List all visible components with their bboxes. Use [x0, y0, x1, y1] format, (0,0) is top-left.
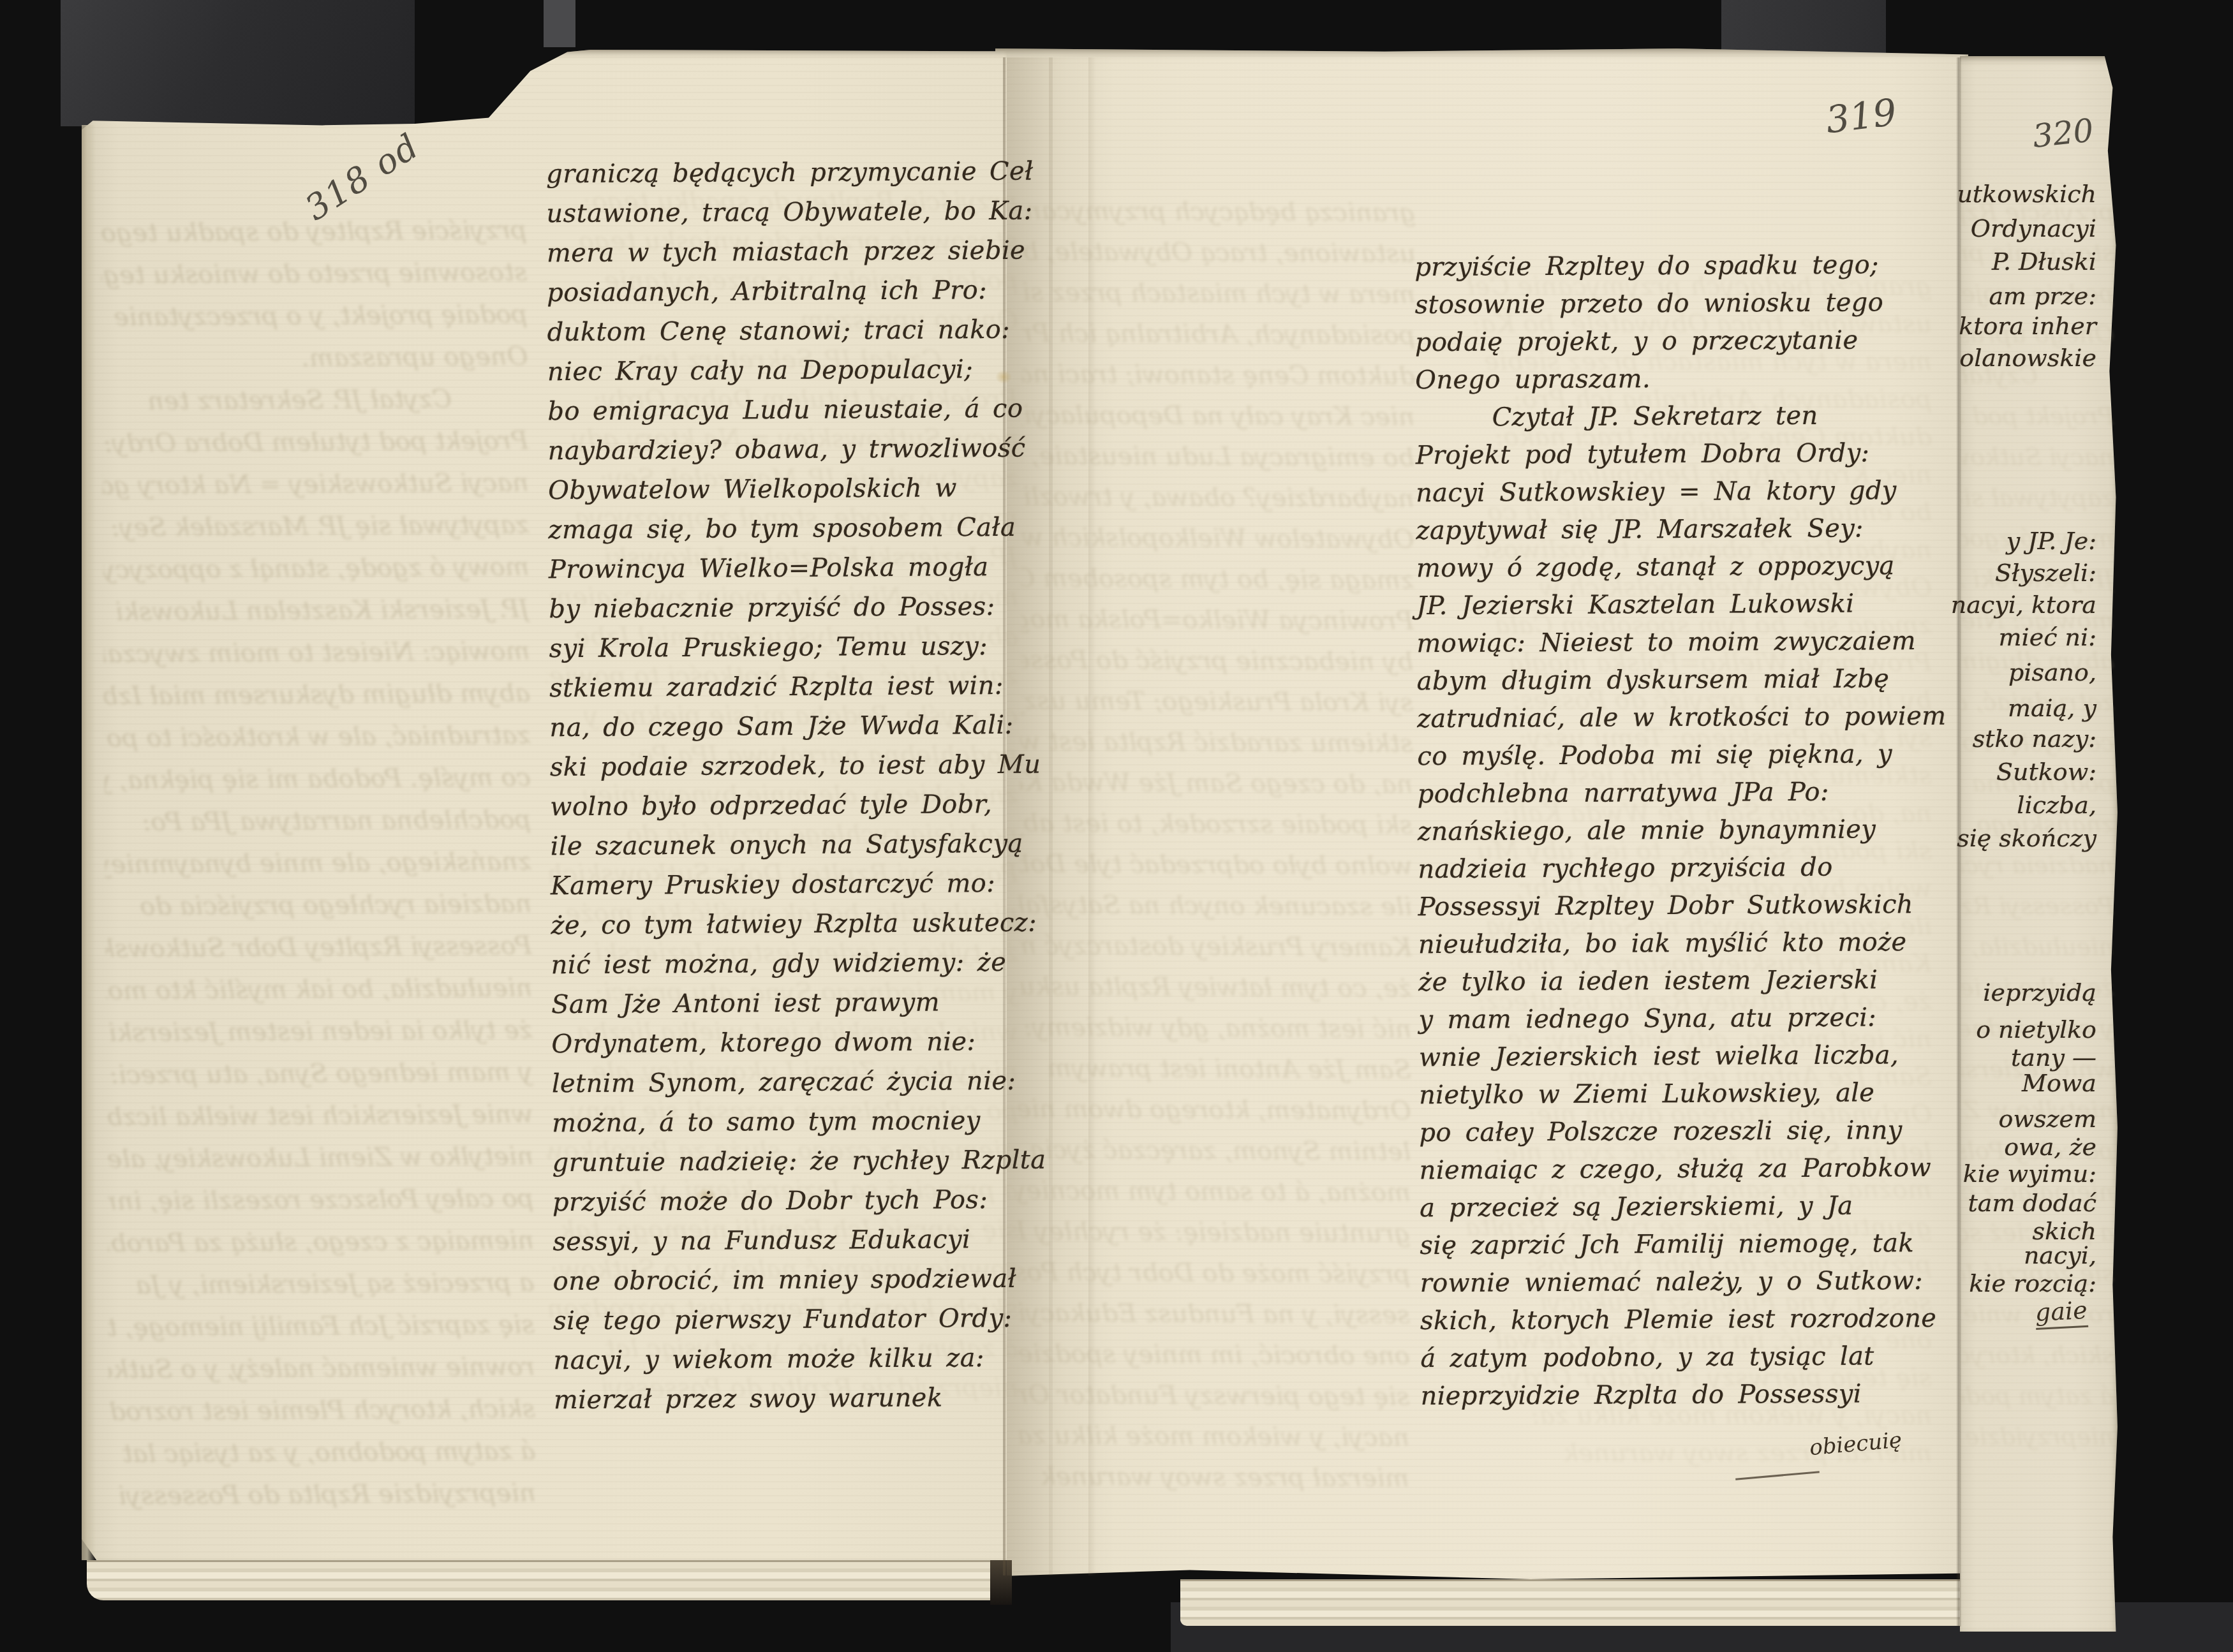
manuscript-line: y JP. Je: — [2007, 527, 2096, 555]
page-stack-bottom-right — [1180, 1579, 1968, 1626]
manuscript-line: ile szacunek onych na Satysfakcyą — [550, 824, 1019, 866]
manuscript-line: gruntuie nadzieię: że rychłey Rzplta — [552, 1140, 1021, 1183]
manuscript-line: że, co tym łatwiey Rzplta uskutecz: — [551, 903, 1020, 945]
gutter-shadow-bottom — [990, 1560, 1012, 1605]
manuscript-line: co myślę. Podoba mi się piękna, y — [1417, 735, 1937, 776]
manuscript-line: o nietylko — [1976, 1015, 2096, 1044]
manuscript-line: się zaprzić Jch Familij niemogę, tak — [1420, 1225, 1940, 1265]
manuscript-line: skich, ktorych Plemie iest rozrodzone — [1420, 1300, 1940, 1340]
manuscript-line: Possessyi Rzpltey Dobr Sutkowskich — [1418, 886, 1938, 926]
manuscript-line: nacyi, y wiekom może kilku za: — [553, 1338, 1022, 1380]
page-stack-bottom-left — [87, 1560, 1003, 1600]
manuscript-line: mowy ó zgodę, stanął z oppozycyą — [1416, 547, 1936, 587]
manuscript-line: Projekt pod tytułem Dobra Ordy: — [1416, 434, 1936, 475]
manuscript-line: zapytywał się JP. Marszałek Sey: — [1416, 510, 1936, 550]
manuscript-line: nacyi, ktora — [1951, 591, 2096, 619]
manuscript-line: przyiście Rzpltey do spadku tego; — [1414, 246, 1934, 286]
manuscript-line: kie wyimu: — [1963, 1160, 2096, 1188]
manuscript-line: graniczą będących przymycanie Ceł — [546, 152, 1015, 194]
manuscript-line: niec Kray cały na Depopulacyi; — [547, 350, 1016, 392]
manuscript-line: nacyi Sutkowskiey = Na ktory gdy — [1416, 472, 1936, 512]
manuscript-line: nić iest można, gdy widziemy: że — [551, 943, 1020, 985]
manuscript-line: y mam iednego Syna, atu przeci: — [1418, 999, 1938, 1039]
page-stack-left-edge — [82, 125, 96, 1560]
manuscript-line: sessyi, y na Fundusz Edukacyi — [553, 1220, 1021, 1262]
manuscript-line: zmaga się, bo tym sposobem Cała — [548, 508, 1017, 550]
manuscript-line: po całey Polszcze rozeszli się, inny — [1419, 1112, 1939, 1152]
folio-number-319: 319 — [1823, 91, 1899, 142]
manuscript-line: Słyszeli: — [1995, 559, 2096, 587]
manuscript-line: wolno było odprzedać tyle Dobr, — [550, 785, 1019, 827]
manuscript-line: zatrudniać, ale w krotkości to powiem — [1417, 698, 1937, 738]
manuscript-line: JP. Jezierski Kasztelan Lukowski — [1416, 585, 1936, 625]
manuscript-line: posiadanych, Arbitralną ich Pro: — [547, 270, 1016, 313]
manuscript-line: nietylko w Ziemi Lukowskiey, ale — [1419, 1074, 1939, 1114]
manuscript-line: kie rozcią: — [1969, 1269, 2096, 1297]
manuscript-line: mieć ni: — [1999, 623, 2096, 651]
manuscript-line: nacyi, — [2024, 1241, 2096, 1269]
manuscript-line: ustawione, tracą Obywatele, bo Ka: — [546, 191, 1015, 233]
catchword-320: gaie — [2035, 1296, 2088, 1330]
manuscript-line: wnie Jezierskich iest wielka liczba, — [1419, 1036, 1939, 1077]
manuscript-line: pisano, — [2008, 658, 2096, 686]
handwritten-text-column-318: graniczą będących przymycanie Cełustawio… — [546, 152, 1023, 1420]
manuscript-scan: przyiście Rzpltey do spadku tego;stosown… — [0, 0, 2233, 1652]
manuscript-line: nieułudziła, bo iak myślić kto może — [1418, 924, 1938, 964]
manuscript-line: owa, że — [2004, 1133, 2096, 1161]
manuscript-line: abym długim dyskursem miał Izbę — [1417, 660, 1937, 700]
manuscript-line: mierzał przez swoy warunek — [554, 1378, 1023, 1420]
manuscript-line: rownie wniemać należy, y o Sutkow: — [1420, 1262, 1940, 1302]
manuscript-line: ski podaie szrzodek, to iest aby Mu — [550, 745, 1019, 787]
manuscript-line: Sutkow: — [1996, 758, 2096, 786]
manuscript-line: stkiemu zaradzić Rzplta iest win: — [549, 666, 1018, 708]
manuscript-line: że tylko ia ieden iestem Jezierski — [1418, 961, 1938, 1001]
manuscript-line: syi Krola Pruskiego; Temu uszy: — [549, 626, 1018, 668]
manuscript-line: Kamery Pruskiey dostarczyć mo: — [551, 864, 1020, 906]
manuscript-line: á zatym podobno, y za tysiąc lat — [1420, 1338, 1940, 1378]
manuscript-line: ieprzyidą — [1983, 978, 2096, 1007]
manuscript-line: podaię projekt, y o przeczytanie — [1415, 321, 1935, 362]
manuscript-line: na, do czego Sam Jże Wwda Kali: — [549, 705, 1018, 748]
manuscript-line: olanowskie — [1959, 344, 2096, 372]
manuscript-line: a przecież są Jezierskiemi, y Ja — [1420, 1187, 1940, 1227]
manuscript-line: się tego pierwszy Fundator Ordy: — [553, 1299, 1022, 1341]
manuscript-line: stosownie przeto do wniosku tego — [1415, 284, 1935, 324]
handwritten-text-column-320: utkowskichOrdynacyiP. Dłuskiam prze:ktor… — [1962, 0, 2108, 1652]
manuscript-line: znańskiego, ale mnie bynaymniey — [1418, 811, 1938, 851]
manuscript-line: Ordynacyi — [1971, 214, 2096, 242]
manuscript-line: letnim Synom, zaręczać życia nie: — [552, 1061, 1021, 1103]
manuscript-line: Ordynatem, ktorego dwom nie: — [551, 1022, 1020, 1064]
manuscript-line: mowiąc: Nieiest to moim zwyczaiem — [1416, 623, 1936, 663]
manuscript-line: Czytał JP. Sekretarz ten — [1492, 397, 1935, 437]
manuscript-line: tam dodać — [1968, 1189, 2096, 1217]
manuscript-line: mera w tych miastach przez siebie — [547, 231, 1016, 273]
manuscript-line: Obywatelow Wielkopolskich w — [548, 468, 1017, 510]
manuscript-line: am prze: — [1989, 282, 2096, 310]
backing-board-clip — [544, 0, 575, 47]
manuscript-line: maią, y — [2008, 694, 2096, 722]
manuscript-line: Sam Jże Antoni iest prawym — [551, 982, 1020, 1024]
manuscript-line: nieprzyidzie Rzplta do Possessyi — [1420, 1375, 1940, 1415]
manuscript-line: przyiść może do Dobr tych Pos: — [553, 1180, 1021, 1222]
manuscript-line: można, á to samo tym mocniey — [552, 1101, 1021, 1143]
manuscript-line: się skończy — [1957, 824, 2096, 852]
manuscript-line: tany — — [2011, 1044, 2096, 1072]
manuscript-line: ktora inher — [1959, 312, 2096, 340]
manuscript-line: bo emigracya Ludu nieustaie, á co — [547, 389, 1016, 431]
manuscript-line: utkowskich — [1957, 180, 2096, 208]
manuscript-line: Onego upraszam. — [1415, 359, 1935, 399]
manuscript-line: nadzieia rychłego przyiścia do — [1418, 848, 1938, 889]
manuscript-line: P. Dłuski — [1992, 247, 2096, 276]
manuscript-line: naybardziey? obawa, y trwozliwość — [548, 429, 1017, 471]
folio-number-320: 320 — [2031, 112, 2095, 155]
manuscript-line: by niebacznie przyiść do Posses: — [549, 587, 1018, 629]
handwritten-text-column-319: przyiście Rzpltey do spadku tego;stosown… — [1414, 246, 1941, 1415]
manuscript-line: stko nazy: — [1973, 725, 2096, 753]
manuscript-line: podchlebna narratywa JPa Po: — [1418, 773, 1938, 813]
manuscript-line: Mowa — [2022, 1069, 2096, 1097]
manuscript-line: duktom Cenę stanowi; traci nako: — [547, 310, 1016, 352]
manuscript-line: owszem — [1999, 1105, 2096, 1133]
manuscript-line: Prowincya Wielko=Polska mogła — [549, 547, 1018, 589]
manuscript-line: niemaiąc z czego, służą za Parobkow — [1420, 1149, 1940, 1190]
manuscript-line: liczba, — [2017, 791, 2096, 819]
backing-board-top-left — [61, 0, 415, 126]
backing-board-top-right — [1721, 0, 1886, 54]
manuscript-line: one obrocić, im mniey spodziewał — [553, 1259, 1022, 1301]
